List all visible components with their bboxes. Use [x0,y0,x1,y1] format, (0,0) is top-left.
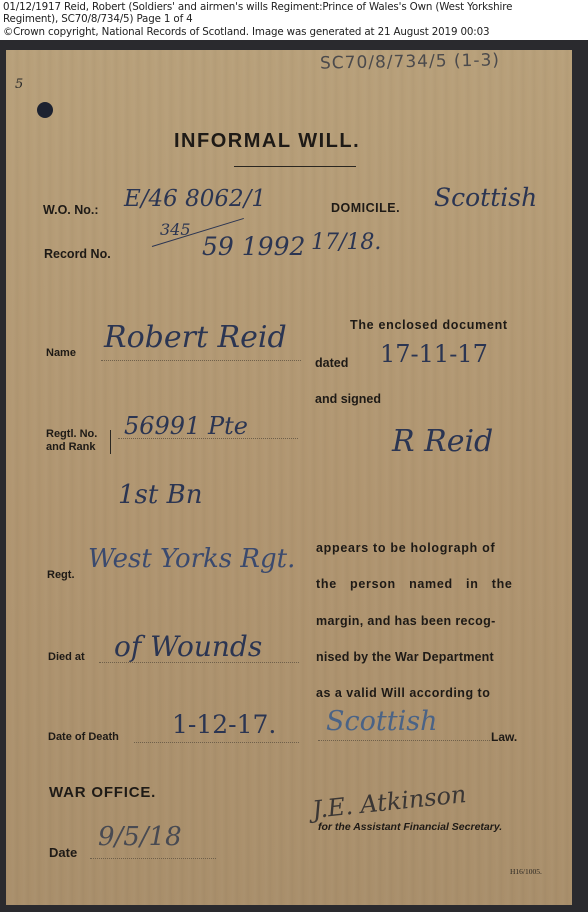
regtl-no-label-line-2: and Rank [46,441,96,453]
page-mark: 5 [15,77,23,92]
text-appears-holograph: appears to be holograph of [316,541,495,555]
law-label: Law. [491,730,517,744]
text-person-named: the person named in the [316,577,513,591]
record-no-label: Record No. [44,247,111,261]
wo-no-label: W.O. No.: [43,203,99,217]
signed-value: R Reid [392,424,493,459]
dated-label: dated [315,356,348,370]
battalion-value: 1st Bn [118,480,202,510]
title-rule [234,166,356,167]
war-office-heading: WAR OFFICE. [49,784,156,801]
caption-line-3: ©Crown copyright, National Records of Sc… [3,26,583,38]
dated-value: 17-11-17 [380,340,488,368]
punch-hole [37,102,53,118]
regt-label: Regt. [47,569,75,581]
text-war-department: nised by the War Department [316,650,494,664]
image-caption: 01/12/1917 Reid, Robert (Soldiers' and a… [3,1,583,38]
date-label: Date [49,845,77,860]
date-of-death-dotted-line [134,742,299,743]
domicile-value: Scottish [434,183,537,212]
regtl-no-label-line-1: Regtl. No. [46,428,97,440]
document-title: INFORMAL WILL. [174,130,360,153]
date-value: 9/5/18 [98,822,182,852]
died-at-value: of Wounds [114,630,262,663]
date-of-death-label: Date of Death [48,731,119,743]
died-at-label: Died at [48,651,85,663]
name-dotted-line [101,360,301,361]
name-label: Name [46,347,76,359]
caption-line-2: Regiment), SC70/8/734/5) Page 1 of 4 [3,13,583,25]
text-margin-recognised: margin, and has been recog- [316,614,496,628]
form-number: H16/1005. [510,867,542,876]
record-no-value: 59 1992 [202,232,305,261]
regt-value: West Yorks Rgt. [88,544,295,574]
informal-will-document: SC70/8/734/5 (1-3) 5 INFORMAL WILL. W.O.… [6,50,572,905]
record-no-fraction: 17/18. [311,230,381,255]
text-enclosed-document: The enclosed document [350,318,508,332]
text-valid-will: as a valid Will according to [316,686,490,700]
law-dotted-line [318,740,490,741]
assistant-financial-secretary-line: for the Assistant Financial Secretary. [318,821,502,833]
caption-line-1: 01/12/1917 Reid, Robert (Soldiers' and a… [3,1,583,13]
date-dotted-line [90,858,216,859]
law-value: Scottish [326,706,437,737]
archive-reference: SC70/8/734/5 (1-3) [320,50,500,73]
regtl-no-bracket [110,430,111,454]
official-signature: J.E. Atkinson [311,780,468,824]
regtl-no-value: 56991 Pte [124,412,248,440]
wo-no-value: E/46 8062/1 [124,186,266,212]
text-and-signed: and signed [315,392,381,406]
date-of-death-value: 1-12-17. [172,710,276,739]
name-value: Robert Reid [104,320,287,355]
domicile-label: DOMICILE. [331,201,400,215]
